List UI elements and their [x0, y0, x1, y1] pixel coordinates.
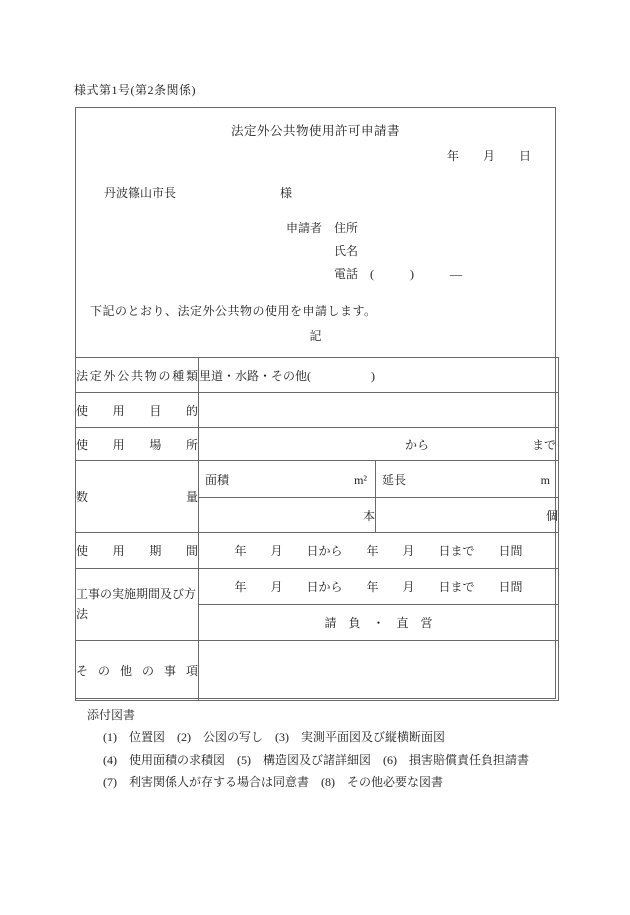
- field-label-period: 使 用 期 間: [76, 533, 199, 569]
- table-row-purpose: 使 用 目 的: [76, 393, 559, 428]
- field-label-construction: 工事の実施期間及び方法: [76, 569, 199, 641]
- field-label-other: その他の事項: [76, 641, 199, 701]
- document-page: 様式第1号(第2条関係) 法定外公共物使用許可申請書 年 月 日 丹波篠山市長様…: [0, 0, 630, 915]
- location-from-to: から まで: [199, 436, 558, 453]
- location-from-label: から: [405, 436, 429, 453]
- field-label-purpose: 使 用 目 的: [76, 393, 199, 428]
- attachment-line-3: (7) 利害関係人が存する場合は同意書 (8) その他必要な図書: [103, 771, 529, 793]
- application-table: 法定外公共物の種類 里道・水路・その他( ) 使 用 目 的 使 用 場 所 か…: [75, 357, 559, 701]
- field-value-purpose: [199, 393, 559, 428]
- area-unit: m²: [354, 473, 367, 488]
- applicant-label: 申請者: [286, 221, 322, 235]
- construction-method-value: 請 負 ・ 直 営: [199, 605, 559, 641]
- construction-period-value: 年 月 日から 年 月 日まで 日間: [199, 569, 559, 605]
- name-label: 氏名: [334, 242, 358, 259]
- address-label: 住所: [334, 221, 358, 235]
- length-unit: m: [541, 473, 550, 488]
- field-label-quantity: 数 量: [76, 461, 199, 533]
- attachment-line-1: (1) 位置図 (2) 公図の写し (3) 実測平面図及び縦横断面図: [103, 726, 529, 748]
- field-label-location: 使 用 場 所: [76, 428, 199, 461]
- application-form-border: 法定外公共物使用許可申請書 年 月 日 丹波篠山市長様 申請者住所 氏名 電話 …: [75, 107, 556, 699]
- field-value-period: 年 月 日から 年 月 日まで 日間: [199, 533, 559, 569]
- quantity-piece-cell: 個: [376, 498, 559, 533]
- location-to-label: まで: [532, 436, 558, 453]
- record-mark: 記: [76, 327, 555, 344]
- field-label-type: 法定外公共物の種類: [76, 358, 199, 393]
- field-value-location: から まで: [199, 428, 559, 461]
- attachments-section: 添付図書 (1) 位置図 (2) 公図の写し (3) 実測平面図及び縦横断面図 …: [87, 704, 529, 794]
- phone-line: 電話 ( ) ―: [334, 265, 462, 282]
- quantity-length: 延長 m: [376, 471, 558, 488]
- table-row-period: 使 用 期 間 年 月 日から 年 月 日まで 日間: [76, 533, 559, 569]
- quantity-count-cell: 本: [199, 498, 376, 533]
- quantity-area: 面積 m²: [199, 471, 375, 488]
- addressee-honorific: 様: [280, 186, 292, 200]
- field-value-other: [199, 641, 559, 701]
- table-row-other: その他の事項: [76, 641, 559, 701]
- form-title: 法定外公共物使用許可申請書: [76, 121, 555, 139]
- table-row-location: 使 用 場 所 から まで: [76, 428, 559, 461]
- applicant-line: 申請者住所: [286, 219, 358, 236]
- addressee-name: 丹波篠山市長: [104, 186, 176, 200]
- area-label: 面積: [205, 471, 229, 488]
- quantity-area-cell: 面積 m²: [199, 461, 376, 498]
- table-row-quantity-1: 数 量 面積 m² 延長 m: [76, 461, 559, 498]
- phone-format: ( ) ―: [370, 267, 462, 281]
- addressee-line: 丹波篠山市長様: [104, 184, 292, 201]
- table-row-construction-1: 工事の実施期間及び方法 年 月 日から 年 月 日まで 日間: [76, 569, 559, 605]
- phone-label: 電話: [334, 267, 358, 281]
- attachments-title: 添付図書: [87, 704, 529, 726]
- quantity-length-cell: 延長 m: [376, 461, 559, 498]
- field-value-type: 里道・水路・その他( ): [199, 358, 559, 393]
- attachment-line-2: (4) 使用面積の求積図 (5) 構造図及び諸詳細図 (6) 損害賠償責任負担請…: [103, 749, 529, 771]
- form-number: 様式第1号(第2条関係): [74, 81, 196, 98]
- date-line: 年 月 日: [447, 147, 531, 164]
- table-row-type: 法定外公共物の種類 里道・水路・その他( ): [76, 358, 559, 393]
- declaration-text: 下記のとおり、法定外公共物の使用を申請します。: [90, 302, 377, 319]
- length-label: 延長: [382, 471, 406, 488]
